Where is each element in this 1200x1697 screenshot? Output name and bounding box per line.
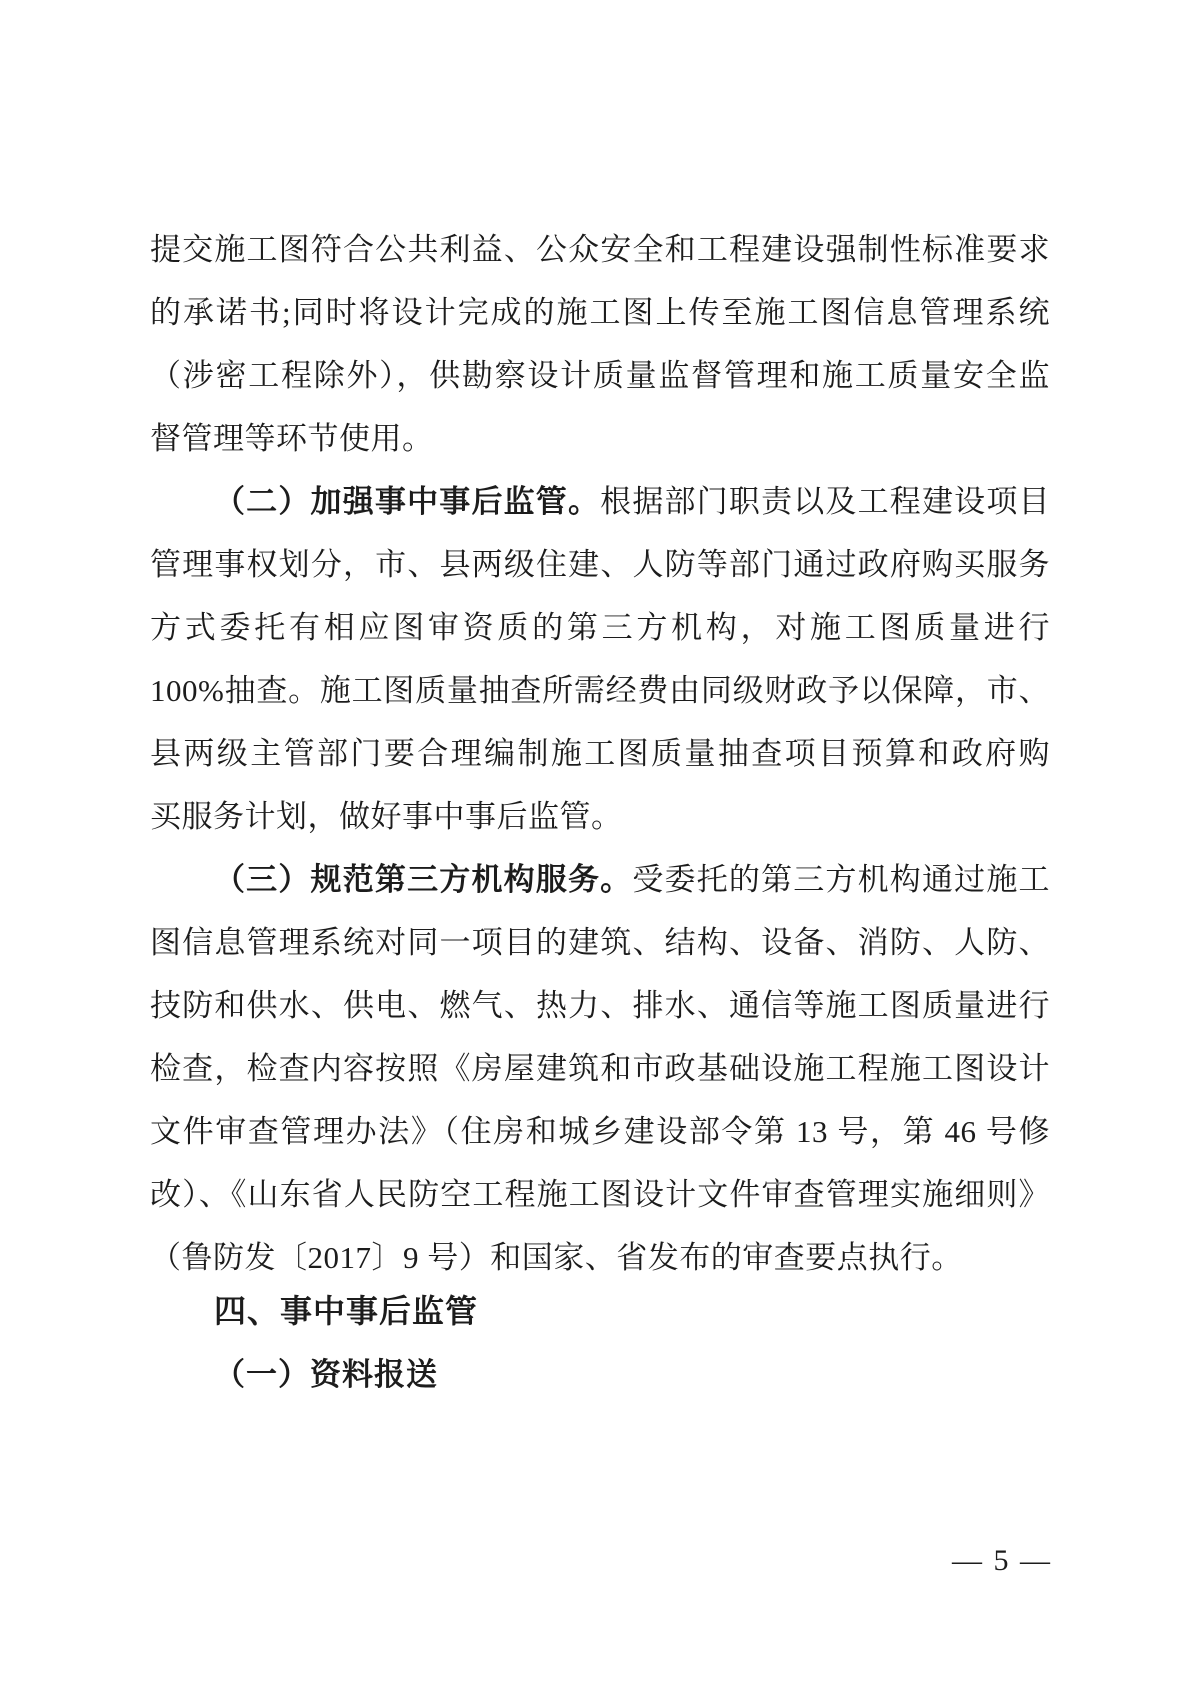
document-page: 提交施工图符合公共利益、公众安全和工程建设强制性标准要求 的承诺书;同时将设计完… — [0, 0, 1200, 1697]
text-line: （三）规范第三方机构服务。受委托的第三方机构通过施工 — [150, 848, 1050, 911]
text-line: （二）加强事中事后监管。根据部门职责以及工程建设项目 — [150, 470, 1050, 533]
text-line: 的承诺书;同时将设计完成的施工图上传至施工图信息管理系统 — [150, 281, 1050, 344]
text-line: 管理事权划分，市、县两级住建、人防等部门通过政府购买服务 — [150, 533, 1050, 596]
text-line: 提交施工图符合公共利益、公众安全和工程建设强制性标准要求 — [150, 218, 1050, 281]
text-line: 改）、《山东省人民防空工程施工图设计文件审查管理实施细则》 — [150, 1163, 1050, 1226]
text-line: 督管理等环节使用。 — [150, 407, 1050, 470]
paragraph-lead-rest: 受委托的第三方机构通过施工 — [632, 862, 1050, 897]
page-number: — 5 — — [952, 1544, 1052, 1578]
text-line: 检查，检查内容按照《房屋建筑和市政基础设施工程施工图设计 — [150, 1037, 1050, 1100]
text-line: 100%抽查。施工图质量抽查所需经费由同级财政予以保障，市、 — [150, 659, 1050, 722]
subsection-heading: （一）资料报送 — [150, 1343, 1050, 1406]
text-block: 提交施工图符合公共利益、公众安全和工程建设强制性标准要求 的承诺书;同时将设计完… — [150, 218, 1050, 1406]
text-line: 图信息管理系统对同一项目的建筑、结构、设备、消防、人防、 — [150, 911, 1050, 974]
text-line: 技防和供水、供电、燃气、热力、排水、通信等施工图质量进行 — [150, 974, 1050, 1037]
paragraph-lead: （二）加强事中事后监管。 — [214, 484, 600, 519]
paragraph-lead: （三）规范第三方机构服务。 — [214, 862, 632, 897]
text-line: 买服务计划，做好事中事后监管。 — [150, 785, 1050, 848]
text-line: 方式委托有相应图审资质的第三方机构，对施工图质量进行 — [150, 596, 1050, 659]
section-heading: 四、事中事后监管 — [150, 1280, 1050, 1343]
text-line: 县两级主管部门要合理编制施工图质量抽查项目预算和政府购 — [150, 722, 1050, 785]
paragraph-lead-rest: 根据部门职责以及工程建设项目 — [600, 484, 1050, 519]
text-line: 文件审查管理办法》（住房和城乡建设部令第 13 号，第 46 号修 — [150, 1100, 1050, 1163]
text-line: （涉密工程除外），供勘察设计质量监督管理和施工质量安全监 — [150, 344, 1050, 407]
